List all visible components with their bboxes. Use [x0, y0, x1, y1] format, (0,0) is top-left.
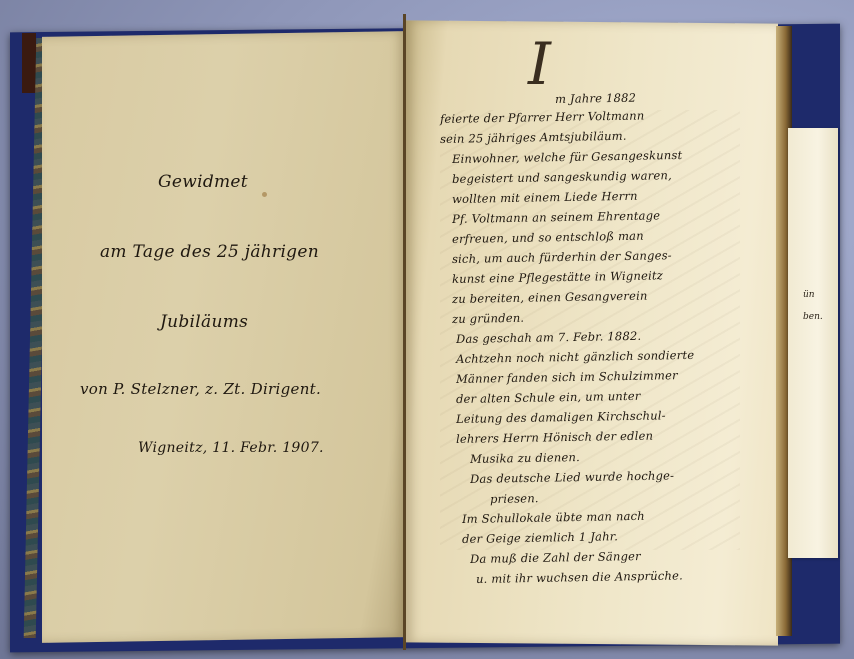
slip-text-line: ün — [803, 290, 815, 300]
dedication-line-4: von P. Stelzner, z. Zt. Dirigent. — [80, 380, 321, 398]
dedication-line-5: Wigneitz, 11. Febr. 1907. — [138, 440, 324, 456]
text-line: zu gründen. — [452, 311, 524, 326]
text-line: priesen. — [490, 491, 539, 506]
dedication-line-1: Gewidmet — [158, 172, 248, 192]
text-line: Musika zu dienen. — [470, 450, 580, 466]
cover-corner-leather — [22, 33, 36, 93]
decorative-initial: I — [528, 30, 551, 98]
left-page — [42, 31, 405, 643]
inserted-paper-slip — [788, 128, 838, 558]
text-line: Da muß die Zahl der Sänger — [470, 549, 641, 566]
text-line: der Geige ziemlich 1 Jahr. — [462, 529, 618, 546]
slip-text-line: ben. — [803, 312, 823, 322]
dedication-line-3: Jubiläums — [160, 312, 248, 332]
text-line: m Jahre 1882 — [555, 91, 636, 106]
dedication-line-2: am Tage des 25 jährigen — [100, 242, 319, 262]
book-gutter — [403, 14, 406, 650]
foxing-stain — [262, 192, 267, 197]
